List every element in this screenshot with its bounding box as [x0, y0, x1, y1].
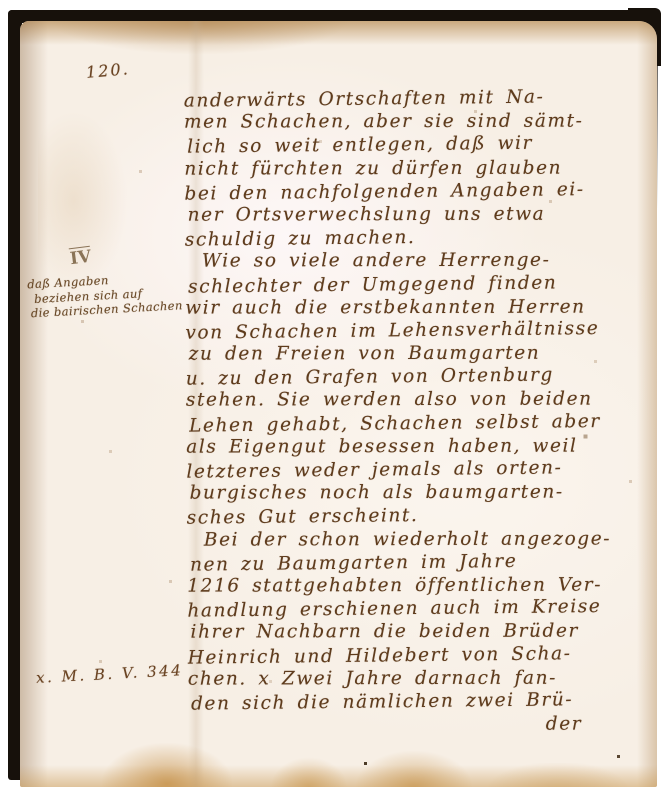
text-line: nen zu Baumgarten im Jahre — [190, 549, 655, 577]
text-line: stehen. Sie werden also von beiden — [186, 389, 654, 413]
text-line: lich so weit entlegen, daß wir — [187, 132, 652, 160]
text-line: Bei der schon wiederholt angezoge- — [187, 528, 655, 552]
text-line: Lehen gehabt, Schachen selbst aber — [189, 410, 654, 438]
text-line: als Eigengut besessen haben, weil — [186, 435, 654, 459]
margin-note: daß Angaben beziehen sich auf die bairis… — [27, 269, 194, 321]
margin-citation: x. M. B. V. 344 — [36, 661, 184, 687]
text-line: chen. x Zwei Jahre darnach fan- — [188, 667, 656, 691]
paper-stain — [270, 757, 348, 787]
scanned-book-page: 120. IV daß Angaben beziehen sich auf di… — [0, 0, 661, 800]
text-line: 1216 stattgehabten öffentlichen Ver- — [187, 574, 655, 598]
margin-section-mark: IV — [69, 247, 92, 269]
text-line: von Schachen im Lehensverhältnisse — [185, 317, 653, 345]
manuscript-page: 120. IV daß Angaben beziehen sich auf di… — [20, 21, 657, 787]
text-line: den sich die nämlichen zwei Brü- — [191, 688, 656, 716]
page-number: 120. — [85, 59, 130, 82]
text-line: sches Gut erscheint. — [187, 503, 655, 531]
text-line: Wie so viele andere Herrenge- — [185, 250, 653, 274]
text-line: ner Ortsverwechslung uns etwa — [188, 203, 653, 227]
manuscript-text: anderwärts Ortschaften mit Na- men Schac… — [184, 86, 657, 739]
text-line: schlechter der Umgegend finden — [188, 271, 653, 299]
text-line: bei den nachfolgenden Angaben ei- — [184, 178, 652, 206]
text-line: ihrer Nachbarn die beiden Brüder — [191, 621, 656, 645]
text-line: wir auch die erstbekannten Herren — [185, 296, 653, 320]
catchword: der — [188, 713, 656, 737]
text-line: Heinrich und Hildebert von Scha- — [188, 642, 656, 670]
text-line: anderwärts Ortschaften mit Na- — [184, 85, 652, 113]
paper-speckles — [20, 21, 21, 22]
paper-stain — [488, 763, 628, 787]
paper-stain — [102, 743, 232, 787]
paper-stain — [356, 751, 472, 787]
text-line: nicht fürchten zu dürfen glauben — [184, 157, 652, 181]
